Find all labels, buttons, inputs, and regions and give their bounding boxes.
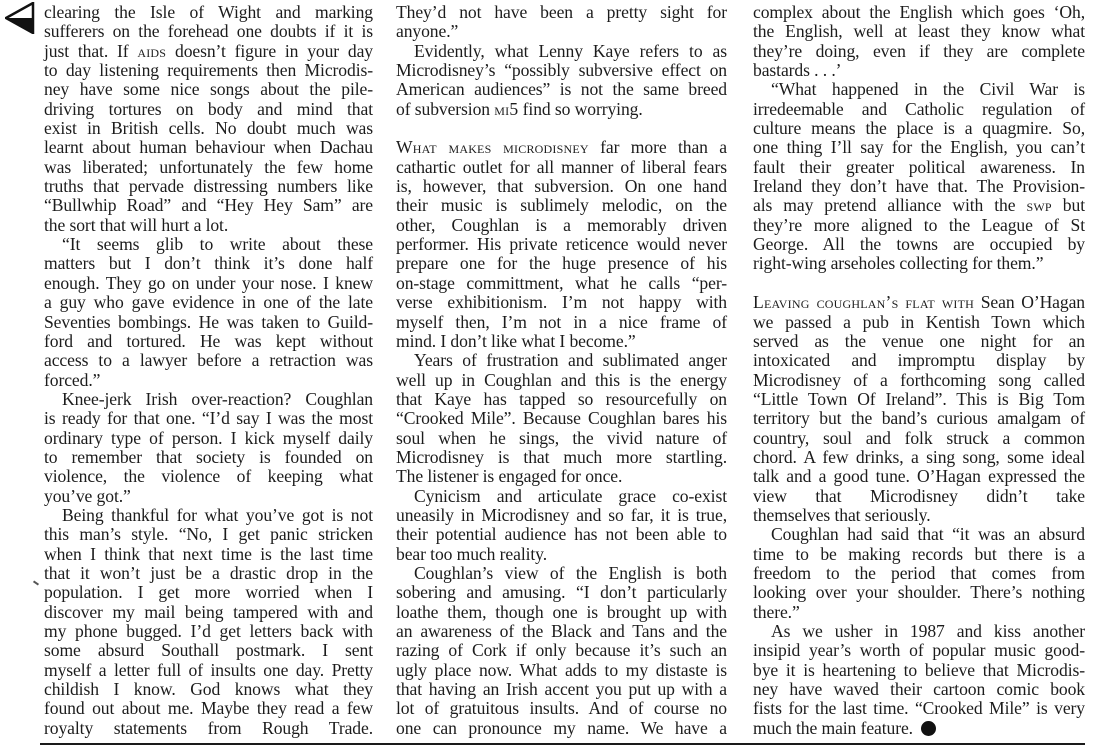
text-line: Knee-jerk Irish over-reaction? Coughlan	[44, 390, 373, 409]
section-gap	[753, 274, 1085, 293]
text-line: the sort that will hurt a lot.	[44, 216, 373, 235]
text-line: Evidently, what Lenny Kaye refers to as	[396, 42, 727, 61]
section-gap	[396, 119, 727, 138]
text-line: you’ve got.”	[44, 487, 373, 506]
text-line: that it won’t just be a drastic drop in …	[44, 564, 373, 583]
text-line: razing of Cork if only because it’s such…	[396, 641, 727, 660]
text-line: they’re doing, even if they are complete	[753, 42, 1085, 61]
text-line: They’d not have been a pretty sight for	[396, 3, 727, 22]
text-line: enough. They go on under your nose. I kn…	[44, 274, 373, 293]
text-line: is ready for that one. “I’d say I was th…	[44, 409, 373, 428]
text-line: driving tortures on body and mind that	[44, 100, 373, 119]
text-line: Being thankful for what you’ve got is no…	[44, 506, 373, 525]
text-line: “It seems glib to write about these	[44, 235, 373, 254]
text-line: time to be making records but there is a	[753, 545, 1085, 564]
text-line: population. I get more worried when I	[44, 583, 373, 602]
text-line: territory but the band’s curious amalgam…	[753, 409, 1085, 428]
text-line: right-wing arseholes collecting for them…	[753, 254, 1085, 273]
text-line: ford and tortured. He was kept without	[44, 332, 373, 351]
text-line: insipid year’s worth of popular music go…	[753, 641, 1085, 660]
text-line: “Crooked Mile”. Because Coughlan bares h…	[396, 409, 727, 428]
text-line: served as the venue one night for an	[753, 332, 1085, 351]
text-line: childish I know. God knows what they	[44, 680, 373, 699]
text-line: mind. I don’t like what I become.”	[396, 332, 727, 351]
text-line: As we usher in 1987 and kiss another	[753, 622, 1085, 641]
text-line: talk and a good tune. O’Hagan expressed …	[753, 467, 1085, 486]
text-line: when I think that next time is the last …	[44, 545, 373, 564]
text-line: sufferers on the forehead one doubts if …	[44, 22, 373, 41]
text-line: ordinary type of person. I kick myself d…	[44, 429, 373, 448]
text-line: American audiences” is not the same bree…	[396, 80, 727, 99]
text-line: view that Microdisney didn’t take	[753, 487, 1085, 506]
text-line: exist in British cells. No doubt much wa…	[44, 119, 373, 138]
text-line: culture means the place is a quagmire. S…	[753, 119, 1085, 138]
text-line: clearing the Isle of Wight and marking	[44, 3, 373, 22]
article-column-1: clearing the Isle of Wight and marking s…	[44, 3, 373, 738]
text-line: a guy who gave evidence in one of the la…	[44, 293, 373, 312]
acronym: swp	[1026, 195, 1051, 215]
text-line: one thing I’ll say for the English, you …	[753, 138, 1085, 157]
text-line: “What happened in the Civil War is	[753, 80, 1085, 99]
text-line: they’re more aligned to the League of St	[753, 216, 1085, 235]
text-line: found out about me. Maybe they read a fe…	[44, 699, 373, 718]
text-line: uneasily in Microdisney and so far, it i…	[396, 506, 727, 525]
text-line: fists for the last time. “Crooked Mile” …	[753, 699, 1085, 718]
text-line: some absurd Southall postmark. I sent	[44, 641, 373, 660]
text-line: the English, well at least they know wha…	[753, 22, 1085, 41]
text-line-final: much the main feature.	[753, 719, 1085, 738]
text-line: “Bullwhip Road” and “Hey Hey Sam” are	[44, 196, 373, 215]
text-line: performer. His private reticence would n…	[396, 235, 727, 254]
text-line: of subversion mi5 find so worrying.	[396, 100, 727, 119]
text-line: complex about the English which goes ‘Oh…	[753, 3, 1085, 22]
text-line: violence, the violence of keeping what	[44, 467, 373, 486]
acronym: mi5	[494, 99, 518, 119]
article-column-2: They’d not have been a pretty sight for …	[396, 3, 727, 738]
text-line: their potential audience has not been ab…	[396, 525, 727, 544]
text-line: country, soul and folk struck a common	[753, 429, 1085, 448]
text-line: sobering and amusing. “I don’t particula…	[396, 583, 727, 602]
text-line: George. All the towns are occupied by	[753, 235, 1085, 254]
section-lead: What makes microdisney	[396, 137, 589, 157]
text-line: Coughlan had said that “it was an absurd	[753, 525, 1085, 544]
text-line: bear too much reality.	[396, 545, 727, 564]
text-line: truths that pervade distressing numbers …	[44, 177, 373, 196]
text-line: Years of frustration and sublimated ange…	[396, 351, 727, 370]
text-line: well up in Coughlan and this is the ener…	[396, 371, 727, 390]
bottom-rule	[40, 743, 1085, 745]
text-line: Cynicism and articulate grace co-exist	[396, 487, 727, 506]
text-line: Microdisney of a forthcoming song called	[753, 371, 1085, 390]
text-line: als may pretend alliance with the swp bu…	[753, 196, 1085, 215]
text-fragment: much the main feature.	[753, 718, 913, 738]
text-line: we passed a pub in Kentish Town which	[753, 313, 1085, 332]
text-line: anyone.”	[396, 22, 727, 41]
text-line: discover my mail being tampered with and	[44, 603, 373, 622]
text-line: royalty statements from Rough Trade.	[44, 719, 373, 738]
text-line: ney have some nice songs about the pile-	[44, 80, 373, 99]
text-line: this man’s style. “No, I get panic stric…	[44, 525, 373, 544]
text-line: “Little Town Of Ireland”. This is Big To…	[753, 390, 1085, 409]
text-line: to day listening requirements then Micro…	[44, 61, 373, 80]
print-speck	[33, 580, 39, 585]
text-line: chord. A few drinks, a sing song, some i…	[753, 448, 1085, 467]
text-line: that having an Irish accent you put up w…	[396, 680, 727, 699]
text-line: soul when he sings, the vivid nature of	[396, 429, 727, 448]
text-line: freedom to the period that comes from	[753, 564, 1085, 583]
text-line: Coughlan’s view of the English is both	[396, 564, 727, 583]
text-line: to remember that society is founded on	[44, 448, 373, 467]
text-line: ugly place now. What adds to my distaste…	[396, 661, 727, 680]
text-fragment: far more than a	[600, 137, 727, 157]
text-line: loathe them, though one is brought up wi…	[396, 603, 727, 622]
acronym: aids	[137, 41, 166, 61]
text-line: bye it is heartening to believe that Mic…	[753, 661, 1085, 680]
text-line: access to a lawyer before a retraction w…	[44, 351, 373, 370]
text-line: verse exhibitionism. I’m not happy with	[396, 293, 727, 312]
text-line: intoxicated and impromptu display by	[753, 351, 1085, 370]
continuation-triangle-icon	[5, 2, 35, 34]
section-lead-line: What makes microdisney far more than a	[396, 138, 727, 157]
text-line: matters but I don’t think it’s done half	[44, 254, 373, 273]
section-lead: Leaving coughlan’s flat with	[753, 292, 974, 312]
magazine-page: clearing the Isle of Wight and marking s…	[0, 0, 1100, 756]
text-line: myself then, I’m not in a nice frame of	[396, 313, 727, 332]
text-fragment: Sean O’Hagan	[981, 292, 1085, 312]
article-column-3: complex about the English which goes ‘Oh…	[753, 3, 1085, 738]
text-line: ney have waved their cartoon comic book	[753, 680, 1085, 699]
text-line: learnt about human behaviour when Dachau	[44, 138, 373, 157]
text-line: The listener is engaged for once.	[396, 467, 727, 486]
text-line: their music is sublimely melodic, on the	[396, 196, 727, 215]
text-line: Microdisney’s “possibly subversive effec…	[396, 61, 727, 80]
text-line: Seventies bombings. He was taken to Guil…	[44, 313, 373, 332]
text-line: fault their greater political awareness.…	[753, 158, 1085, 177]
text-line: my phone bugged. I’d get letters back wi…	[44, 622, 373, 641]
text-line: an awareness of the Black and Tans and t…	[396, 622, 727, 641]
text-line: prepare one for the huge presence of his	[396, 254, 727, 273]
text-line: forced.”	[44, 371, 373, 390]
text-line: myself a letter full of insults one day.…	[44, 661, 373, 680]
text-line: one can pronounce my name. We have a	[396, 719, 727, 738]
text-line: irredeemable and Catholic regulation of	[753, 100, 1085, 119]
text-line: lot of gratuitous insults. And of course…	[396, 699, 727, 718]
text-line: themselves that seriously.	[753, 506, 1085, 525]
text-line: just that. If aids doesn’t figure in you…	[44, 42, 373, 61]
text-line: other, Coughlan is a memorably driven	[396, 216, 727, 235]
text-line: Microdisney is that much more startling.	[396, 448, 727, 467]
text-line: Ireland they don’t have that. The Provis…	[753, 177, 1085, 196]
text-line: cathartic outlet for all manner of liber…	[396, 158, 727, 177]
text-line: that Kaye has tapped so resourcefully on	[396, 390, 727, 409]
text-line: is, however, that subversion. On one han…	[396, 177, 727, 196]
text-line: looking over your shoulder. There’s noth…	[753, 583, 1085, 602]
end-mark-dot-icon	[921, 721, 936, 736]
text-line: on-stage committment, what he calls “per…	[396, 274, 727, 293]
text-line: bastards . . .’	[753, 61, 1085, 80]
text-line: was liberated; unfortunately the few hom…	[44, 158, 373, 177]
text-line: there.”	[753, 603, 1085, 622]
section-lead-line: Leaving coughlan’s flat with Sean O’Haga…	[753, 293, 1085, 312]
